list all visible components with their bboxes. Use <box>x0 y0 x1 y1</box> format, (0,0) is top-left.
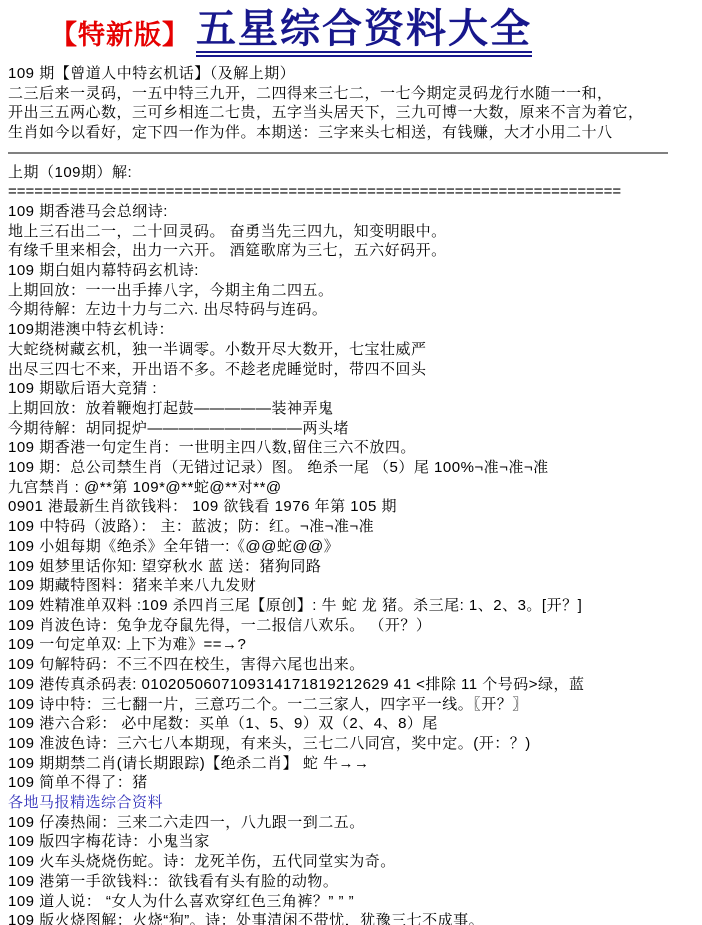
text-line: 109 期藏特图料：猪来羊来八九发财 <box>8 576 696 596</box>
edition-badge: 【特新版】 <box>50 13 190 52</box>
text-line: 109 准波色诗：三六七八本期现，有来头，三七二八同宫，奖中定。(开：？) <box>8 734 696 754</box>
text-line: 109 期【曾道人中特玄机话】（及解上期） <box>8 64 696 84</box>
text-line: 109 版火烧图解：火烧“狗”。诗：处事清闲不带忧，犹豫三七不成事。 <box>8 911 696 925</box>
text-line: 109 港第一手欲钱料:：欲钱看有头有脸的动物。 <box>8 872 696 892</box>
text-line: 二三后来一灵码，一五中特三九开，二四得来三七二，一七今期定灵码龙行水随一一和， <box>8 84 696 104</box>
text-line: 109 中特码（波路）： 主：蓝波；防：红。¬准¬准¬准 <box>8 517 696 537</box>
page-header: 【特新版】 五星综合资料大全 <box>0 0 702 58</box>
text-line: 109 诗中特：三七翻一片，三意巧二个。一二三家人，四字平一线。〖开？〗 <box>8 695 696 715</box>
text-line: 生肖如今以看好，定下四一作为伴。本期送：三字来头七相送，有钱赚，大才小用二十八 <box>8 123 696 143</box>
text-line: 今期待解：胡同捉炉——————————两头堵 <box>8 419 696 439</box>
text-line: 109 期歇后语大竞猜 : <box>8 379 696 399</box>
text-line: 109 期香港马会总纲诗: <box>8 202 696 222</box>
text-line: 开出三五两心数，三可乡相连二七贵，五字当头居天下，三九可博一大数，原来不言为着它… <box>8 103 696 123</box>
text-line: 上期（109期）解: <box>8 163 696 183</box>
text-line: 109 期白姐内幕特码玄机诗: <box>8 261 696 281</box>
text-line: 大蛇绕树藏玄机，独一半调零。小数开尽大数开，七宝壮威严 <box>8 340 696 360</box>
text-line: 109 港六合彩： 必中尾数：买单（1、5、9）双（2、4、8）尾 <box>8 714 696 734</box>
text-line: 109 小姐每期《绝杀》全年错一:《@@蛇@@》 <box>8 537 696 557</box>
separator-line: ————————————————————————————————————————… <box>8 143 696 163</box>
text-line: 出尽三四七不来，开出语不多。不趁老虎睡觉时，带四不回头 <box>8 360 696 380</box>
page-title-link[interactable]: 五星综合资料大全 <box>196 7 532 57</box>
text-line: 109 港传真杀码表: 0102050607109314171819212629… <box>8 675 696 695</box>
text-line: 109 仔凑热闹：三来二六走四一，八九跟一到二五。 <box>8 813 696 833</box>
text-line: 上期回放：放着鞭炮打起鼓—————装神弄鬼 <box>8 399 696 419</box>
text-line: 109 期香港一句定生肖：一世明主四八数,留住三六不放四。 <box>8 438 696 458</box>
text-line: 今期待解：左边十力与二六. 出尽特码与连码。 <box>8 300 696 320</box>
text-line: 109期港澳中特玄机诗： <box>8 320 696 340</box>
separator-line: ========================================… <box>8 182 696 202</box>
text-line: 109 句解特码：不三不四在校生，害得六尾也出来。 <box>8 655 696 675</box>
text-line: 109 道人说： “女人为什么喜欢穿红色三角裤？” ” ” <box>8 892 696 912</box>
text-line: 109 姐梦里话你知: 望穿秋水 蓝 送：猪狗同路 <box>8 557 696 577</box>
text-line: 109 一句定单双: 上下为难》==→? <box>8 635 696 655</box>
section-heading: 各地马报精选综合资料 <box>8 793 696 813</box>
text-line: 109 肖波色诗：兔争龙夺鼠先得，一二报信八欢乐。 （开？） <box>8 616 696 636</box>
text-line: 上期回放：一一出手捧八字，今期主角二四五。 <box>8 281 696 301</box>
content-lines: 109 期【曾道人中特玄机话】（及解上期）二三后来一灵码，一五中特三九开，二四得… <box>0 58 702 925</box>
text-line: 109 火车头烧烧伤蛇。诗：龙死羊伤，五代同堂实为奇。 <box>8 852 696 872</box>
text-line: 0901 港最新生肖欲钱料： 109 欲钱看 1976 年第 105 期 <box>8 497 696 517</box>
text-line: 109 简单不得了：猪 <box>8 773 696 793</box>
text-line: 109 期：总公司禁生肖（无错过记录）图。 绝杀一尾 （5）尾 100%¬准¬准… <box>8 458 696 478</box>
text-line: 109 版四字梅花诗：小鬼当家 <box>8 832 696 852</box>
text-line: 有缘千里来相会，出力一六开。 酒筵歌席为三七，五六好码开。 <box>8 241 696 261</box>
text-line: 九宫禁肖 : @**第 109*@**蛇@**对**@ <box>8 478 696 498</box>
text-line: 109 期期禁二肖(请长期跟踪)【绝杀二肖】 蛇 牛→→ <box>8 754 696 774</box>
text-line: 109 姓精准单双料 :109 杀四肖三尾【原创】: 牛 蛇 龙 猪。杀三尾: … <box>8 596 696 616</box>
text-line: 地上三石出二一，二十回灵码。 奋勇当先三四九，知变明眼中。 <box>8 222 696 242</box>
